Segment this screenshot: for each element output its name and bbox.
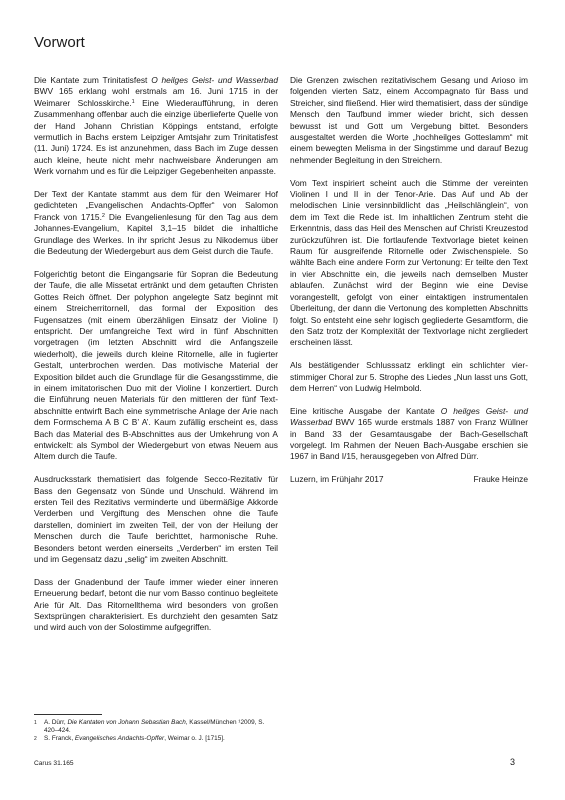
footnote-2: 2 S. Franck, Evangelisches Andachts-Opff… — [34, 735, 278, 743]
footnote-divider — [34, 714, 102, 715]
footnote-number: 1 — [34, 719, 44, 735]
signature-place-date: Luzern, im Frühjahr 2017 — [290, 474, 384, 485]
footnote-1: 1 A. Dürr, Die Kantaten von Johann Sebas… — [34, 719, 278, 735]
paragraph-alto-aria: Dass der Gnadenbund der Taufe immer wied… — [34, 577, 278, 634]
paragraph-text-source: Der Text der Kantate stammt aus dem für … — [34, 189, 278, 257]
paragraph-recitative: Ausdrucksstark thematisiert das folgende… — [34, 474, 278, 565]
publisher-reference: Carus 31.165 — [34, 760, 74, 767]
paragraph-tenor-aria: Vom Text inspiriert scheint auch die Sti… — [290, 178, 528, 349]
work-title: O heilges Geist- und Wasser­bad — [151, 75, 278, 85]
text-column-left: Die Kantate zum Trinitatisfest O heilges… — [34, 75, 278, 645]
footnote-text: A. Dürr, Die Kantaten von Johann Sebasti… — [44, 719, 278, 735]
paragraph-intro: Die Kantate zum Trinitatisfest O heilges… — [34, 75, 278, 178]
signature-author: Frauke Heinze — [474, 474, 528, 485]
paragraph-chorale: Als bestätigender Schlusssatz erklingt e… — [290, 360, 528, 394]
footnote-number: 2 — [34, 735, 44, 743]
text-column-right: Die Grenzen zwischen rezitativischem Ges… — [290, 75, 528, 486]
footnotes: 1 A. Dürr, Die Kantaten von Johann Sebas… — [34, 719, 278, 743]
paragraph-critical-edition: Eine kritische Ausgabe der Kantate O hei… — [290, 406, 528, 463]
page-number: 3 — [510, 757, 515, 767]
signature: Luzern, im Frühjahr 2017 Frauke Heinze — [290, 474, 528, 485]
page-title: Vorwort — [34, 34, 85, 51]
paragraph-opening-aria: Folgerichtig betont die Eingangsarie für… — [34, 269, 278, 463]
paragraph-accompagnato: Die Grenzen zwischen rezitativischem Ges… — [290, 75, 528, 166]
footnote-text: S. Franck, Evangelisches Andachts-Opffer… — [44, 735, 225, 743]
